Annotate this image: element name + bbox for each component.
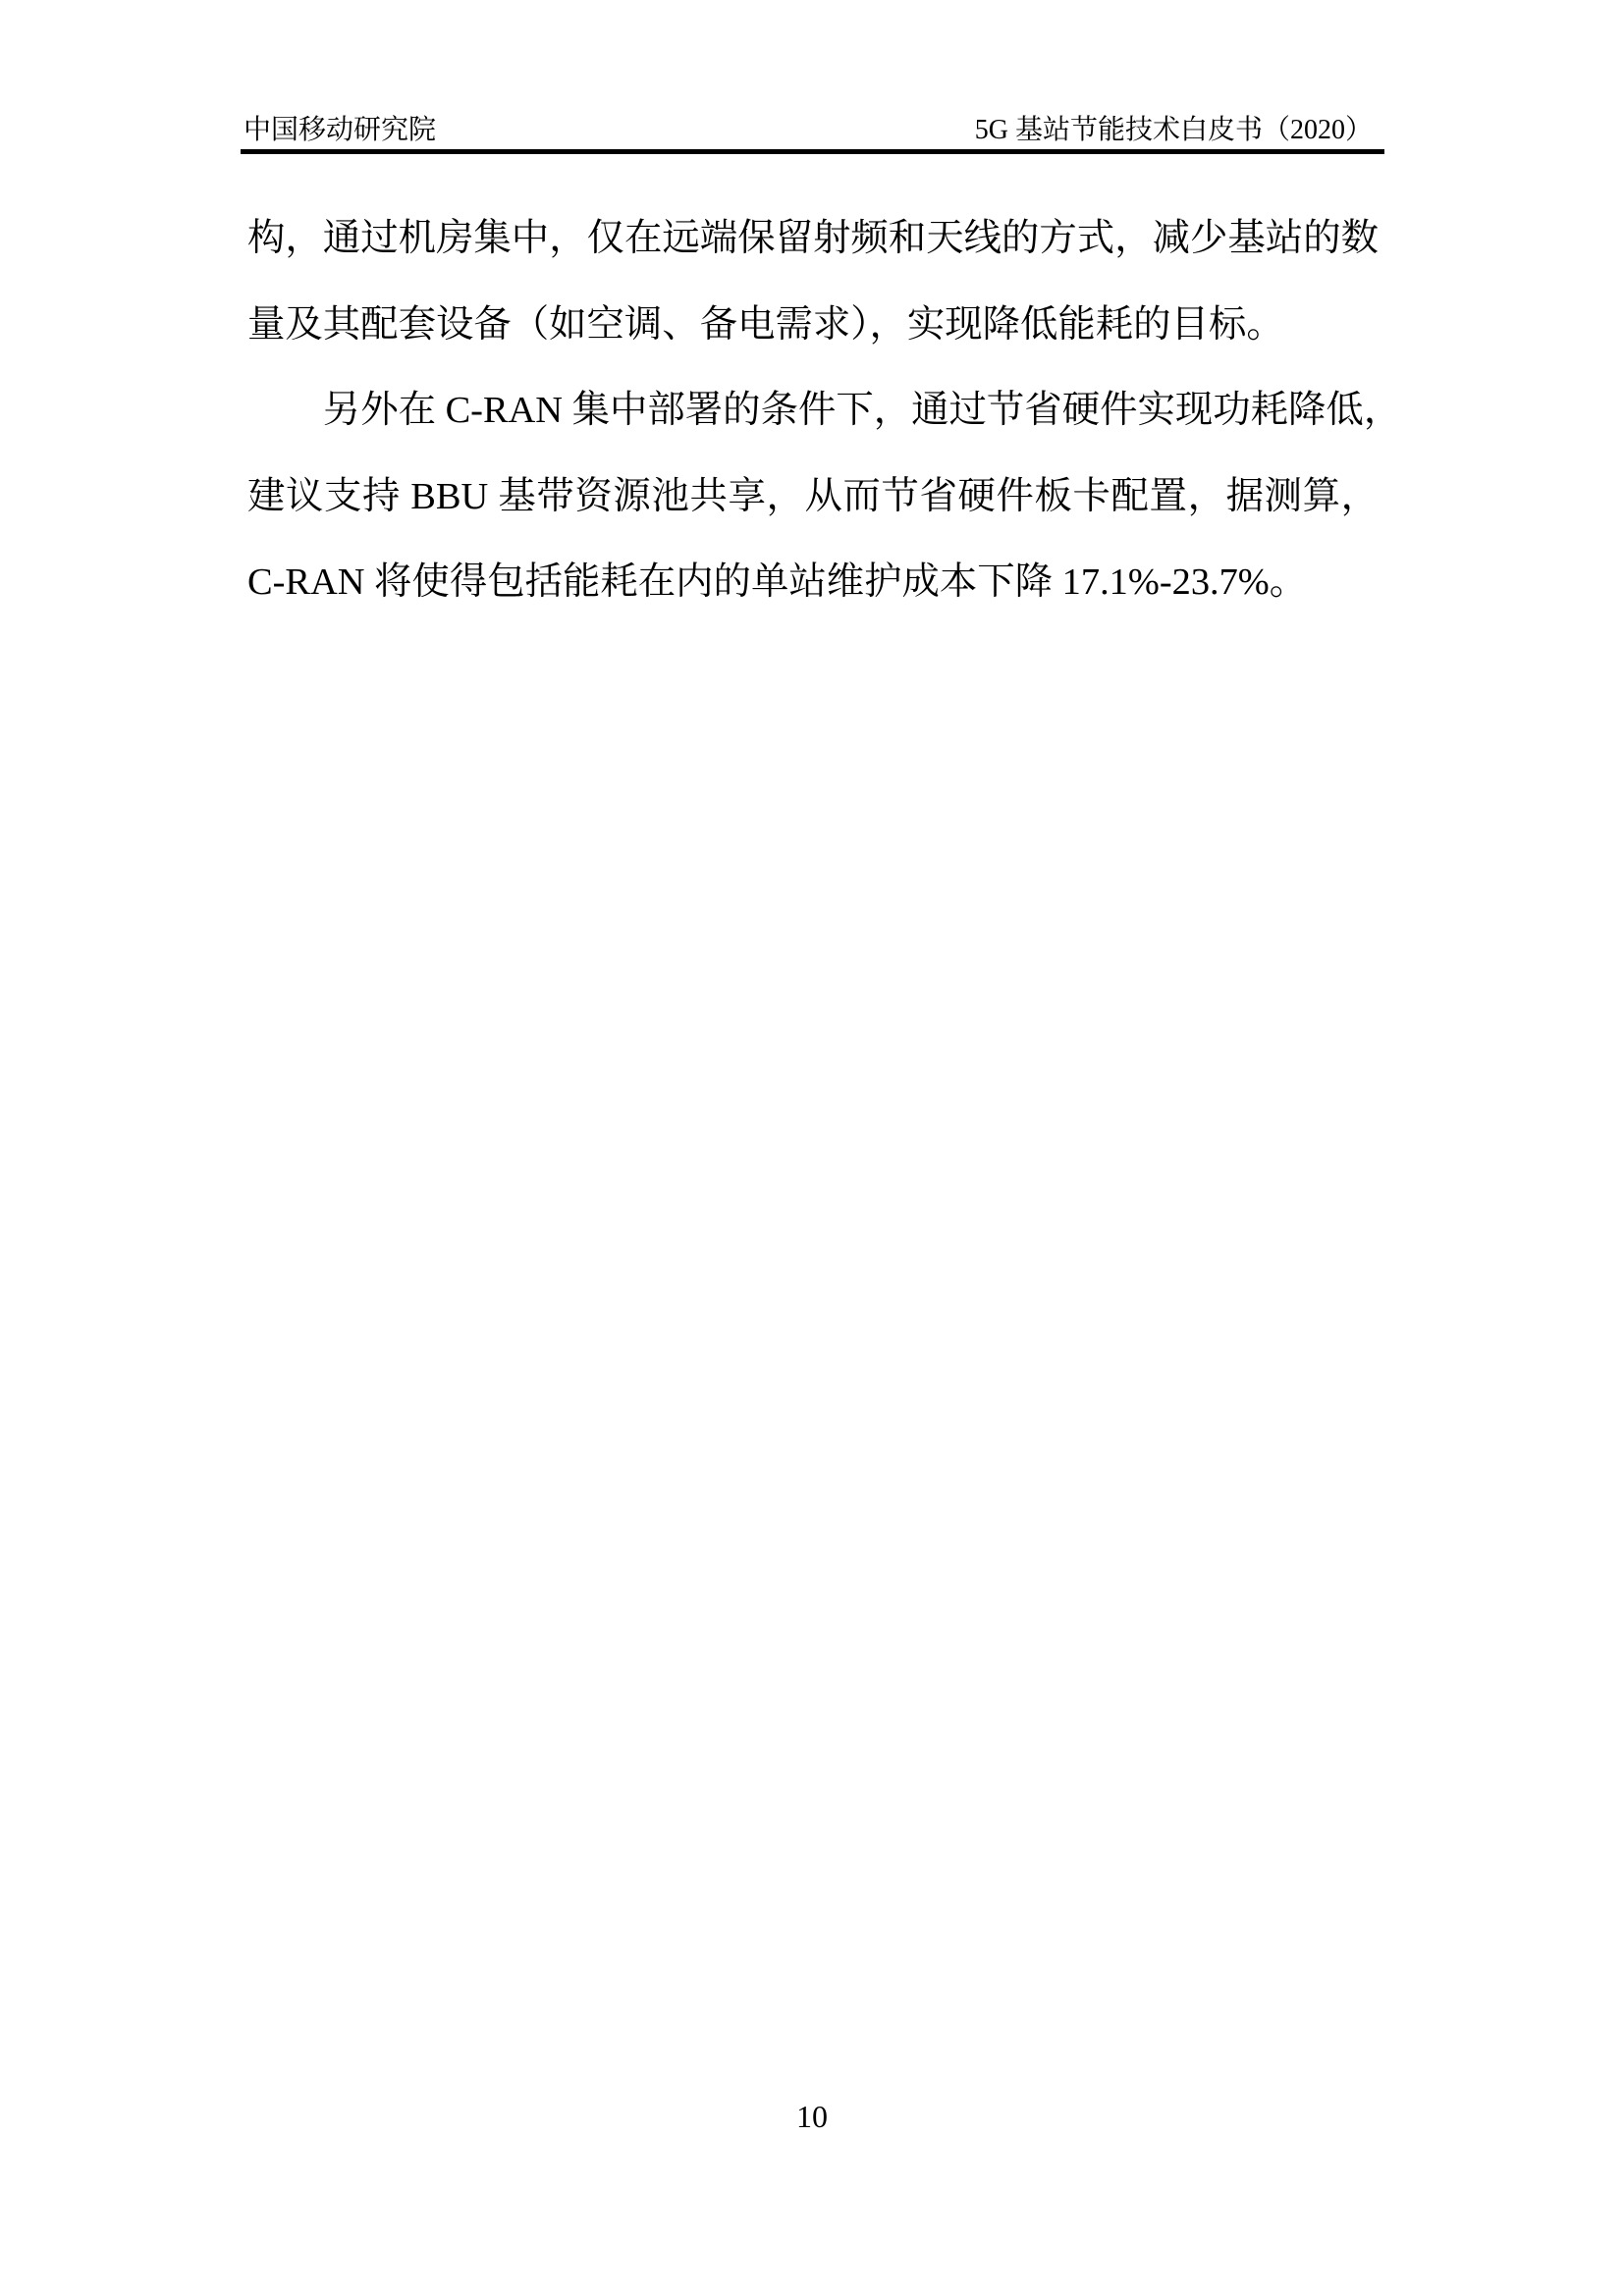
body-line-1: 构，通过机房集中，仅在远端保留射频和天线的方式，减少基站的数 bbox=[247, 196, 1379, 283]
header-left-text: 中国移动研究院 bbox=[244, 114, 436, 147]
page-number: 10 bbox=[796, 2099, 828, 2134]
header-rule bbox=[241, 149, 1384, 154]
page-footer: 10 bbox=[0, 2101, 1624, 2132]
header-right-text: 5G 基站节能技术白皮书（2020） bbox=[975, 114, 1373, 147]
paragraph-2: 另外在 C-RAN 集中部署的条件下，通过节省硬件实现功耗降低， 建议支持 BB… bbox=[247, 368, 1379, 626]
body-line-4: 建议支持 BBU 基带资源池共享，从而节省硬件板卡配置，据测算， bbox=[247, 454, 1379, 541]
paragraph-1: 构，通过机房集中，仅在远端保留射频和天线的方式，减少基站的数 量及其配套设备（如… bbox=[247, 196, 1379, 368]
document-body: 构，通过机房集中，仅在远端保留射频和天线的方式，减少基站的数 量及其配套设备（如… bbox=[247, 196, 1379, 626]
body-line-2: 量及其配套设备（如空调、备电需求），实现降低能耗的目标。 bbox=[247, 283, 1379, 369]
document-page: 中国移动研究院 5G 基站节能技术白皮书（2020） 构，通过机房集中，仅在远端… bbox=[0, 0, 1624, 2296]
body-line-3: 另外在 C-RAN 集中部署的条件下，通过节省硬件实现功耗降低， bbox=[247, 368, 1379, 454]
body-line-5: C-RAN 将使得包括能耗在内的单站维护成本下降 17.1%-23.7%。 bbox=[247, 540, 1379, 626]
page-header: 中国移动研究院 5G 基站节能技术白皮书（2020） bbox=[244, 114, 1373, 147]
